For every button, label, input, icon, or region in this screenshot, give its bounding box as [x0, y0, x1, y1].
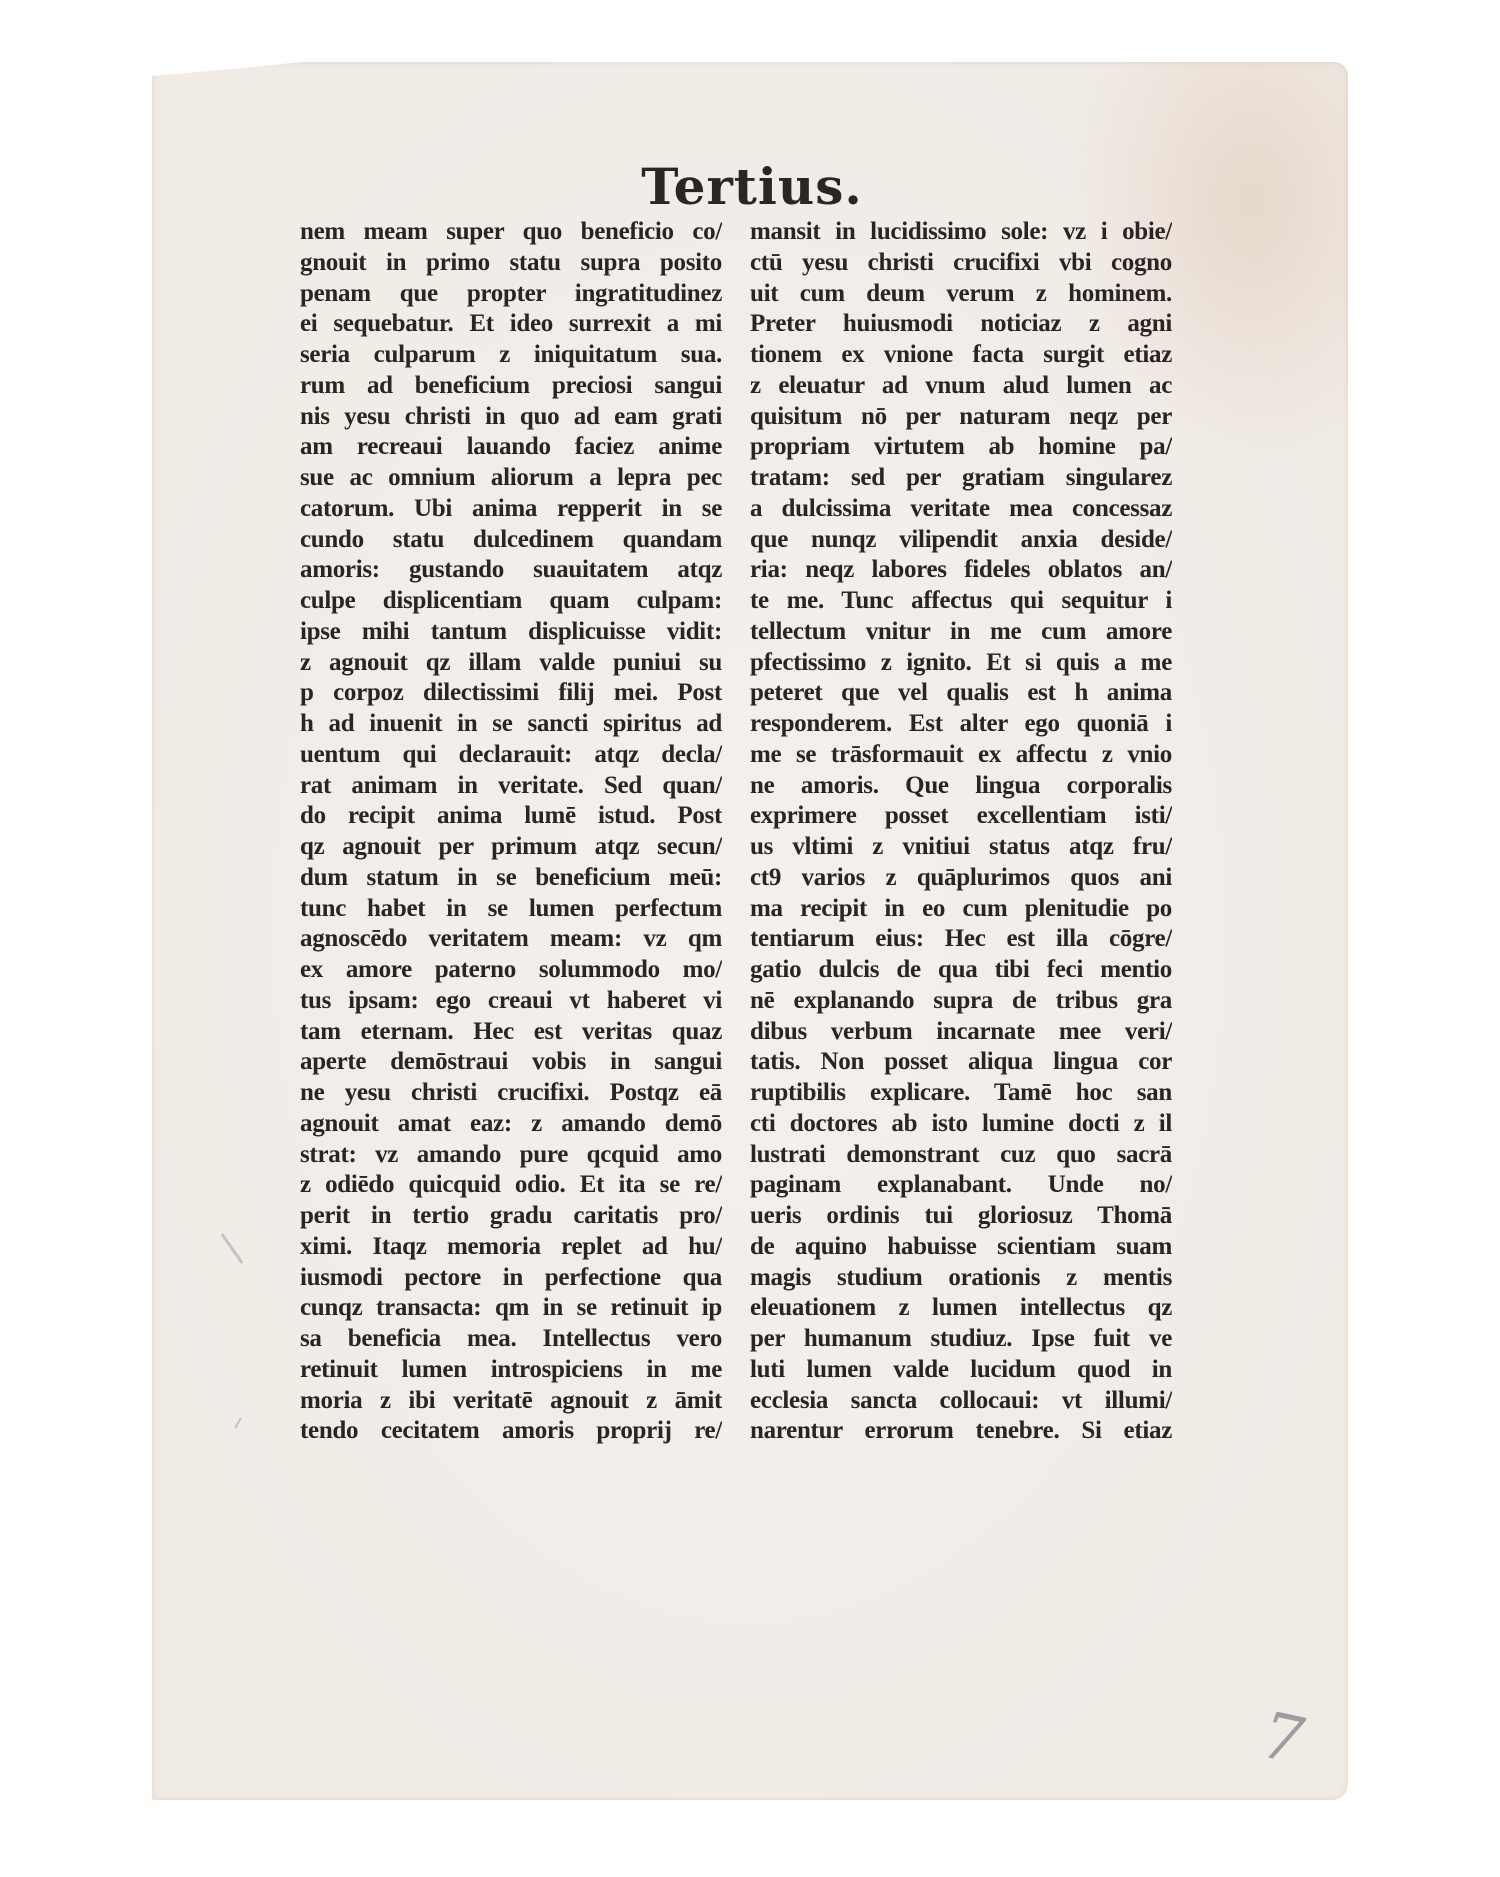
- text-line: ria: neqz labores fideles oblatos an/: [750, 555, 1172, 586]
- text-line: tus ipsam: ego creaui vt haberet vi: [300, 986, 722, 1017]
- text-line: de aquino habuisse scientiam suam: [750, 1232, 1172, 1263]
- text-line: mansit in lucidissimo sole: vz i obie/: [750, 217, 1172, 248]
- text-line: peteret que vel qualis est h anima: [750, 678, 1172, 709]
- text-line: cti doctores ab isto lumine docti z il: [750, 1109, 1172, 1140]
- pencil-folio-number: 7: [1250, 1700, 1315, 1779]
- text-line: uentum qui declarauit: atqz decla/: [300, 740, 722, 771]
- text-line: ex amore paterno solummodo mo/: [300, 955, 722, 986]
- text-line: p corpoz dilectissimi filij mei. Post: [300, 678, 722, 709]
- text-line: ctū yesu christi crucifixi vbi cogno: [750, 248, 1172, 279]
- text-line: strat: vz amando pure qcquid amo: [300, 1140, 722, 1171]
- text-line: h ad inuenit in se sancti spiritus ad: [300, 709, 722, 740]
- text-line: tam eternam. Hec est veritas quaz: [300, 1017, 722, 1048]
- text-line: penam que propter ingratitudinez: [300, 279, 722, 310]
- text-line: per humanum studiuz. Ipse fuit ve: [750, 1324, 1172, 1355]
- text-line: sa beneficia mea. Intellectus vero: [300, 1324, 722, 1355]
- left-text-column: nem meam super quo beneficio co/gnouit i…: [300, 217, 722, 1447]
- text-line: ueris ordinis tui gloriosuz Thomā: [750, 1201, 1172, 1232]
- text-line: nem meam super quo beneficio co/: [300, 217, 722, 248]
- text-line: magis studium orationis z mentis: [750, 1263, 1172, 1294]
- text-line: cunqz transacta: qm in se retinuit ip: [300, 1293, 722, 1324]
- text-line: amoris: gustando suauitatem atqz: [300, 555, 722, 586]
- text-line: ma recipit in eo cum plenitudie po: [750, 894, 1172, 925]
- text-line: do recipit anima lumē istud. Post: [300, 801, 722, 832]
- text-line: moria z ibi veritatē agnouit z āmit: [300, 1386, 722, 1417]
- text-line: gatio dulcis de qua tibi feci mentio: [750, 955, 1172, 986]
- text-line: narentur errorum tenebre. Si etiaz: [750, 1416, 1172, 1447]
- text-line: ecclesia sancta collocaui: vt illumi/: [750, 1386, 1172, 1417]
- text-line: iusmodi pectore in perfectione qua: [300, 1263, 722, 1294]
- text-line: cundo statu dulcedinem quandam: [300, 525, 722, 556]
- text-line: ct9 varios z quāplurimos quos ani: [750, 863, 1172, 894]
- text-line: rat animam in veritate. Sed quan/: [300, 771, 722, 802]
- text-line: Preter huiusmodi noticiaz z agni: [750, 309, 1172, 340]
- text-line: dibus verbum incarnate mee veri/: [750, 1017, 1172, 1048]
- text-line: quisitum nō per naturam neqz per: [750, 402, 1172, 433]
- paper-blemish: [220, 1233, 243, 1264]
- text-line: tentiarum eius: Hec est illa cōgre/: [750, 924, 1172, 955]
- text-line: tendo cecitatem amoris proprij re/: [300, 1416, 722, 1447]
- text-line: te me. Tunc affectus qui sequitur i: [750, 586, 1172, 617]
- text-line: retinuit lumen introspiciens in me: [300, 1355, 722, 1386]
- text-line: perit in tertio gradu caritatis pro/: [300, 1201, 722, 1232]
- text-line: seria culparum z iniquitatum sua.: [300, 340, 722, 371]
- text-line: que nunqz vilipendit anxia deside/: [750, 525, 1172, 556]
- running-head: Tertius.: [154, 157, 1350, 216]
- text-line: ruptibilis explicare. Tamē hoc san: [750, 1078, 1172, 1109]
- text-line: agnouit amat eaz: z amando demō: [300, 1109, 722, 1140]
- text-line: sue ac omnium aliorum a lepra pec: [300, 463, 722, 494]
- text-line: lustrati demonstrant cuz quo sacrā: [750, 1140, 1172, 1171]
- text-line: propriam virtutem ab homine pa/: [750, 432, 1172, 463]
- text-line: uit cum deum verum z hominem.: [750, 279, 1172, 310]
- text-line: culpe displicentiam quam culpam:: [300, 586, 722, 617]
- text-line: ne amoris. Que lingua corporalis: [750, 771, 1172, 802]
- text-line: am recreaui lauando faciez anime: [300, 432, 722, 463]
- text-line: responderem. Est alter ego quoniā i: [750, 709, 1172, 740]
- text-line: ne yesu christi crucifixi. Postqz eā: [300, 1078, 722, 1109]
- text-line: nis yesu christi in quo ad eam grati: [300, 402, 722, 433]
- text-line: tionem ex vnione facta surgit etiaz: [750, 340, 1172, 371]
- text-line: z agnouit qz illam valde puniui su: [300, 648, 722, 679]
- text-line: z odiēdo quicquid odio. Et ita se re/: [300, 1170, 722, 1201]
- text-line: tellectum vnitur in me cum amore: [750, 617, 1172, 648]
- text-line: tratam: sed per gratiam singularez: [750, 463, 1172, 494]
- text-line: luti lumen valde lucidum quod in: [750, 1355, 1172, 1386]
- text-line: z eleuatur ad vnum alud lumen ac: [750, 371, 1172, 402]
- text-line: ximi. Itaqz memoria replet ad hu/: [300, 1232, 722, 1263]
- right-text-column: mansit in lucidissimo sole: vz i obie/ct…: [750, 217, 1172, 1447]
- text-line: pfectissimo z ignito. Et si quis a me: [750, 648, 1172, 679]
- text-line: gnouit in primo statu supra posito: [300, 248, 722, 279]
- printed-leaf: Tertius. nem meam super quo beneficio co…: [152, 62, 1348, 1800]
- text-line: ei sequebatur. Et ideo surrexit a mi: [300, 309, 722, 340]
- text-line: eleuationem z lumen intellectus qz: [750, 1293, 1172, 1324]
- text-line: us vltimi z vnitiui status atqz fru/: [750, 832, 1172, 863]
- text-line: dum statum in se beneficium meū:: [300, 863, 722, 894]
- text-line: exprimere posset excellentiam isti/: [750, 801, 1172, 832]
- text-line: agnoscēdo veritatem meam: vz qm: [300, 924, 722, 955]
- text-line: a dulcissima veritate mea concessaz: [750, 494, 1172, 525]
- text-line: rum ad beneficium preciosi sangui: [300, 371, 722, 402]
- text-line: tunc habet in se lumen perfectum: [300, 894, 722, 925]
- text-line: catorum. Ubi anima repperit in se: [300, 494, 722, 525]
- text-line: tatis. Non posset aliqua lingua cor: [750, 1047, 1172, 1078]
- text-line: aperte demōstraui vobis in sangui: [300, 1047, 722, 1078]
- torn-top-edge: [152, 60, 302, 80]
- text-line: ipse mihi tantum displicuisse vidit:: [300, 617, 722, 648]
- text-line: paginam explanabant. Unde no/: [750, 1170, 1172, 1201]
- paper-blemish: [234, 1417, 242, 1428]
- text-line: nē explanando supra de tribus gra: [750, 986, 1172, 1017]
- text-line: qz agnouit per primum atqz secun/: [300, 832, 722, 863]
- text-line: me se trāsformauit ex affectu z vnio: [750, 740, 1172, 771]
